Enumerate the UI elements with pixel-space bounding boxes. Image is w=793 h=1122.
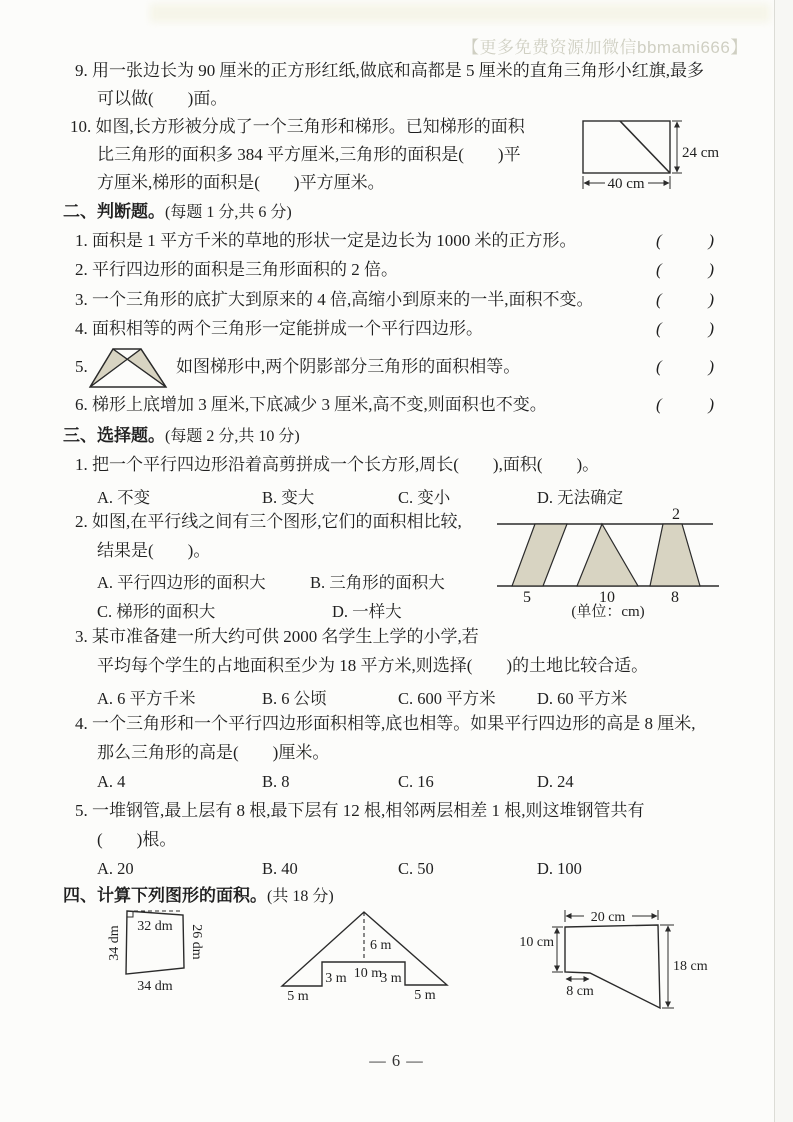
choice-q2-line2: 结果是( )。 <box>97 541 210 561</box>
choice-q5-option-b: B. 40 <box>262 859 298 879</box>
judge-item-5: 如图梯形中,两个阴影部分三角形的面积相等。 <box>176 357 520 377</box>
choice-q5-line2: ( )根。 <box>97 830 176 850</box>
choice-q4-option-c: C. 16 <box>398 772 434 792</box>
choice-q2-parallel-lines-figure: 5 10 8 2 (单位：cm) <box>488 502 738 617</box>
choice-q3-line1: 3. 某市准备建一所大约可供 2000 名学生上学的小学,若 <box>75 627 479 647</box>
fig1-top-label: 32 dm <box>137 919 173 934</box>
judge-answer-bracket-3: () <box>656 290 714 310</box>
choice-section-title: 三、选择题。 <box>63 426 165 445</box>
choice-q3-option-c: C. 600 平方米 <box>398 685 496 709</box>
paren-open: ( <box>656 395 662 415</box>
judge-answer-bracket-4: () <box>656 319 714 339</box>
judge-item-5-number: 5. <box>75 357 88 377</box>
judge-item-1: 1. 面积是 1 平方千米的草地的形状一定是边长为 1000 米的正方形。 <box>75 231 577 251</box>
parallelogram-base-label: 5 <box>523 589 531 606</box>
choice-q2-option-a: A. 平行四边形的面积大 <box>97 569 266 593</box>
unit-label: (单位：cm) <box>571 603 644 620</box>
fig1-right-label: 26 dm <box>189 924 204 960</box>
choice-q1-option-c: C. 变小 <box>398 484 450 508</box>
paren-close: ) <box>708 357 714 377</box>
paren-close: ) <box>708 319 714 339</box>
trapezoid-shape <box>650 524 700 586</box>
trapezoid-top-label: 2 <box>672 506 680 523</box>
paren-open: ( <box>656 290 662 310</box>
choice-q3-option-d: D. 60 平方米 <box>537 685 627 709</box>
judge-item-2: 2. 平行四边形的面积是三角形面积的 2 倍。 <box>75 260 398 280</box>
q10-line1: 10. 如图,长方形被分成了一个三角形和梯形。已知梯形的面积 <box>70 117 525 137</box>
trapezoid-outline <box>90 349 166 387</box>
scan-tint <box>150 4 770 22</box>
judge-section-note: (每题 1 分,共 6 分) <box>165 204 292 221</box>
calc-fig3-polygon: 20 cm 10 cm 18 cm 8 cm <box>518 900 758 1018</box>
choice-q3-option-a: A. 6 平方千米 <box>97 685 196 709</box>
choice-q4-option-a: A. 4 <box>97 772 125 792</box>
fig2-base-right-label: 5 m <box>414 988 436 1003</box>
paren-close: ) <box>708 290 714 310</box>
choice-q4-option-b: B. 8 <box>262 772 290 792</box>
paren-close: ) <box>708 231 714 251</box>
choice-q5-option-a: A. 20 <box>97 859 134 879</box>
choice-q5-option-d: D. 100 <box>537 859 582 879</box>
judge-item-6: 6. 梯形上底增加 3 厘米,下底减少 3 厘米,高不变,则面积也不变。 <box>75 395 547 415</box>
judge5-trapezoid-figure <box>88 345 168 391</box>
trapezoid-bottom-label: 8 <box>671 589 679 606</box>
choice-q1-text: 1. 把一个平行四边形沿着高剪拼成一个长方形,周长( ),面积( )。 <box>75 455 599 475</box>
fig2-mid-label: 10 m <box>354 966 383 981</box>
fig2-notch-left-label: 3 m <box>325 971 347 986</box>
page-number: — 6 — <box>0 1051 793 1071</box>
judge-section-title: 二、判断题。 <box>63 202 165 221</box>
choice-q3-option-b: B. 6 公顷 <box>262 685 327 709</box>
q9-line2: 可以做( )面。 <box>97 89 227 109</box>
choice-q2-option-c: C. 梯形的面积大 <box>97 598 215 622</box>
paren-open: ( <box>656 319 662 339</box>
choice-q1-option-a: A. 不变 <box>97 484 150 508</box>
choice-q3-line2: 平均每个学生的占地面积至少为 18 平方米,则选择( )的土地比较合适。 <box>97 656 648 676</box>
calc-fig1-trapezoid: 34 dm 32 dm 26 dm 34 dm <box>70 898 210 1018</box>
choice-q5-line1: 5. 一堆钢管,最上层有 8 根,最下层有 12 根,相邻两层相差 1 根,则这… <box>75 801 645 821</box>
choice-q2-option-b: B. 三角形的面积大 <box>310 569 445 593</box>
diagonal-line <box>620 121 670 173</box>
triangle-shape <box>577 524 638 586</box>
choice-q1-option-b: B. 变大 <box>262 484 314 508</box>
fig2-height-label: 6 m <box>370 938 392 953</box>
fig2-notch-right-label: 3 m <box>380 971 402 986</box>
q10-width-label: 40 cm <box>607 176 644 192</box>
choice-q4-line2: 那么三角形的高是( )厘米。 <box>97 743 329 763</box>
q10-rectangle-figure: 24 cm 40 cm <box>576 110 756 210</box>
fig2-base-left-label: 5 m <box>287 989 309 1004</box>
fig3-left-label: 10 cm <box>519 935 554 950</box>
choice-q2-line1: 2. 如图,在平行线之间有三个图形,它们的面积相比较, <box>75 512 462 532</box>
paren-open: ( <box>656 231 662 251</box>
parallelogram-shape <box>512 524 567 586</box>
choice-section-note: (每题 2 分,共 10 分) <box>165 428 300 445</box>
choice-q2-option-d: D. 一样大 <box>332 598 402 622</box>
paren-open: ( <box>656 260 662 280</box>
choice-q5-option-c: C. 50 <box>398 859 434 879</box>
choice-q4-option-d: D. 24 <box>537 772 574 792</box>
scan-edge-strip <box>775 0 793 1122</box>
judge-answer-bracket-5: () <box>656 357 714 377</box>
fig1-bottom-label: 34 dm <box>137 979 173 994</box>
watermark-text: 【更多免费资源加微信bbmami666】 <box>462 33 748 58</box>
judge-section-heading: 二、判断题。(每题 1 分,共 6 分) <box>63 202 292 223</box>
judge-answer-bracket-6: () <box>656 395 714 415</box>
fig1-left-label: 34 dm <box>107 925 122 961</box>
calc-fig2-triangle-notch: 6 m 10 m 3 m 3 m 5 m 5 m <box>272 898 477 1010</box>
q9-line1: 9. 用一张边长为 90 厘米的正方形红纸,做底和高都是 5 厘米的直角三角形小… <box>75 61 704 81</box>
q10-line3: 方厘米,梯形的面积是( )平方厘米。 <box>97 173 385 193</box>
judge-answer-bracket-2: () <box>656 260 714 280</box>
choice-section-heading: 三、选择题。(每题 2 分,共 10 分) <box>63 426 300 447</box>
fig3-top-label: 20 cm <box>591 910 626 925</box>
choice-q4-line1: 4. 一个三角形和一个平行四边形面积相等,底也相等。如果平行四边形的高是 8 厘… <box>75 714 696 734</box>
fig3-bottom-label: 8 cm <box>566 984 594 999</box>
judge-item-3: 3. 一个三角形的底扩大到原来的 4 倍,高缩小到原来的一半,面积不变。 <box>75 290 594 310</box>
scan-edge-line <box>774 0 775 1122</box>
judge-answer-bracket-1: () <box>656 231 714 251</box>
exam-page: 【更多免费资源加微信bbmami666】 9. 用一张边长为 90 厘米的正方形… <box>0 0 793 1122</box>
paren-close: ) <box>708 260 714 280</box>
q10-line2: 比三角形的面积多 384 平方厘米,三角形的面积是( )平 <box>97 145 521 165</box>
judge-item-4: 4. 面积相等的两个三角形一定能拼成一个平行四边形。 <box>75 319 483 339</box>
paren-open: ( <box>656 357 662 377</box>
fig3-right-label: 18 cm <box>673 959 708 974</box>
paren-close: ) <box>708 395 714 415</box>
q10-height-label: 24 cm <box>682 145 719 161</box>
